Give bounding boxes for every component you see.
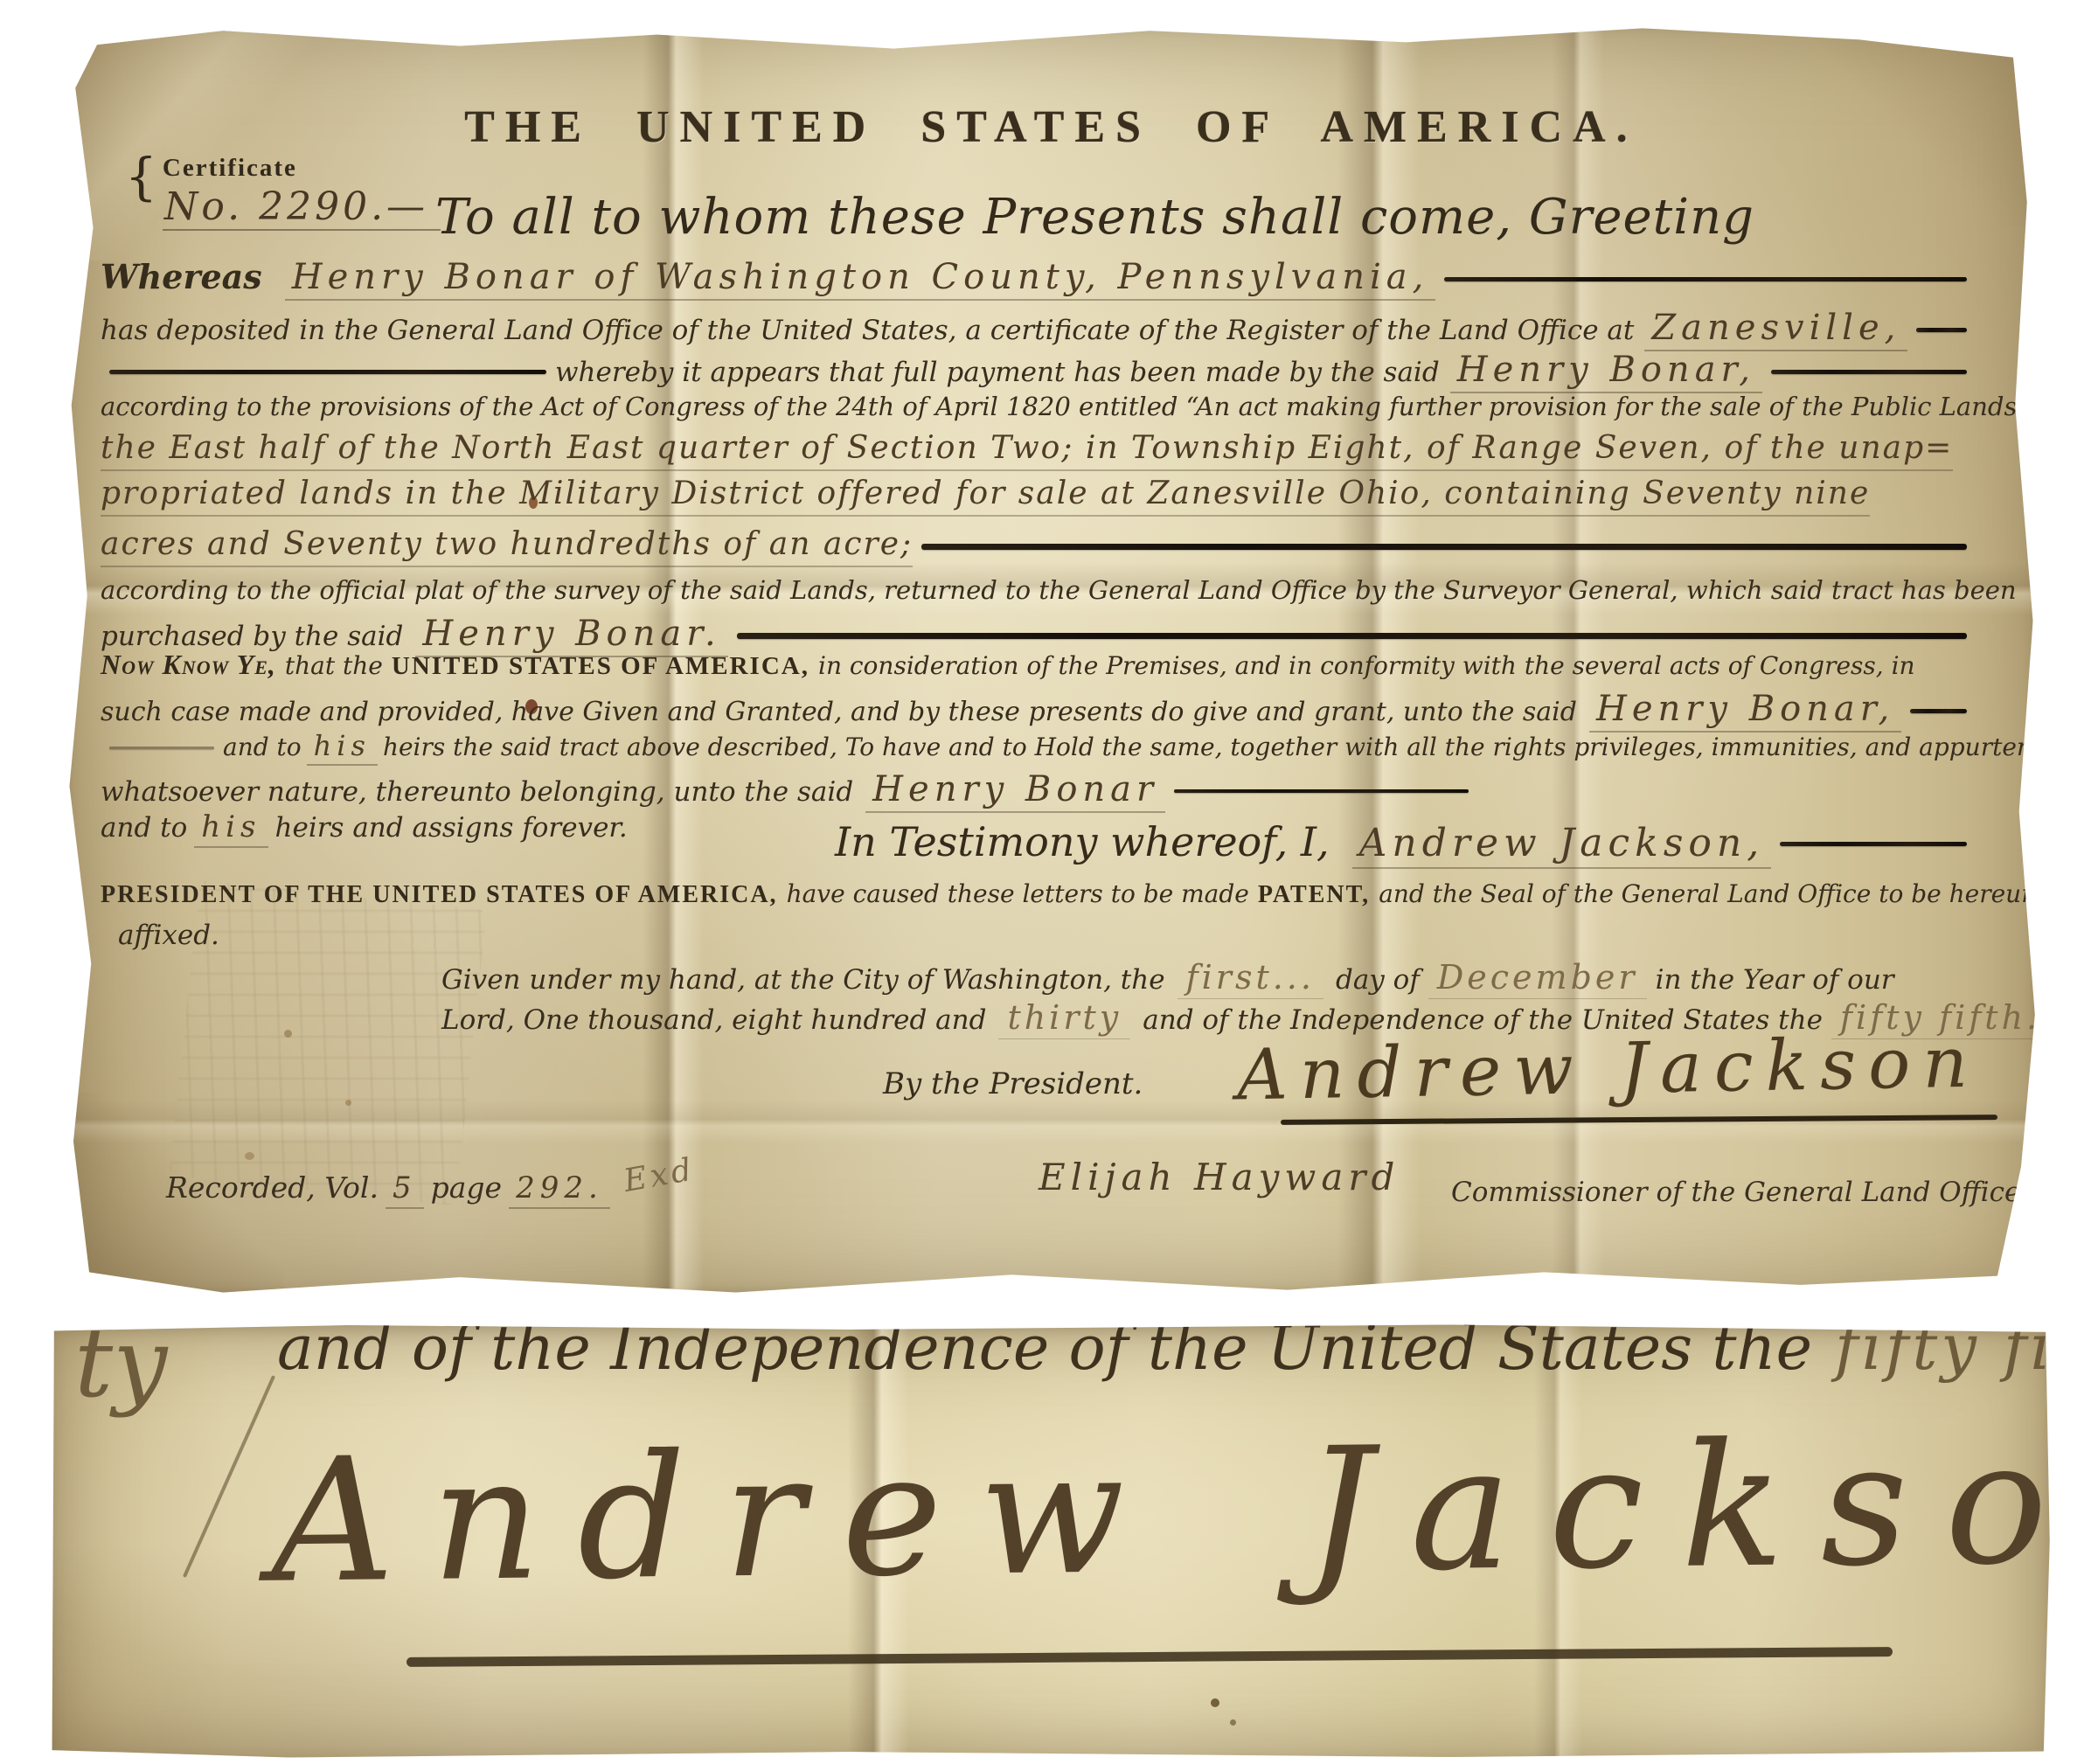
printed-text: PATENT, (1258, 881, 1370, 909)
line-whatsoever: whatsoever nature, thereunto belonging, … (101, 769, 1477, 813)
ink-fill-line (1771, 370, 1967, 374)
signature-closeup-panel: ty and of the Independence of the United… (48, 1324, 2052, 1758)
line-by-president: By the President. (883, 1066, 1143, 1101)
printed-text: Recorded, Vol. (166, 1170, 379, 1205)
printed-text: By the President. (883, 1066, 1143, 1101)
handwritten-his: his (307, 729, 378, 766)
handwritten-president-name: Andrew Jackson, (1352, 821, 1772, 869)
printed-text: Commissioner of the General Land Office (1451, 1177, 2020, 1208)
printed-text: Lord, One thousand, eight hundred and (441, 1004, 986, 1036)
ink-speck (1230, 1719, 1236, 1726)
printed-text: according to the provisions of the Act o… (101, 392, 2037, 421)
handwritten-exd-mark: Exd (612, 1150, 706, 1203)
handwritten-tract: acres and Seventy two hundredths of an a… (101, 526, 913, 567)
line-now-know-ye: Now Know Ye, that the UNITED STATES OF A… (101, 649, 2002, 681)
printed-text: Now Know Ye, (101, 649, 276, 681)
document-title: THE UNITED STATES OF AMERICA. (66, 101, 2037, 153)
printed-text: UNITED STATES OF AMERICA, (392, 652, 809, 681)
ink-fill-line (737, 633, 1967, 639)
handwritten-grantee: Henry Bonar, (1589, 689, 1901, 733)
printed-text: and to (223, 733, 302, 761)
printed-text: PRESIDENT OF THE UNITED STATES OF AMERIC… (101, 881, 778, 909)
ink-speck (1211, 1698, 1219, 1707)
line-heirs-forever: and to his heirs and assigns forever. (101, 809, 628, 848)
line-tract-3: acres and Seventy two hundredths of an a… (101, 526, 1976, 567)
printed-text: in consideration of the Premises, and in… (818, 651, 1915, 680)
line-commissioner: Commissioner of the General Land Office (1451, 1177, 2020, 1208)
line-tract-2: propriated lands in the Military Distric… (101, 476, 2002, 517)
printed-text: and of the Independence of the United St… (277, 1324, 1812, 1384)
handwritten-tract: propriated lands in the Military Distric… (101, 476, 1870, 517)
ink-fill-line (1174, 789, 1469, 793)
printed-text: page (431, 1170, 502, 1205)
pen-flourish-stroke (183, 1375, 275, 1578)
ink-fill-line (109, 370, 546, 374)
printed-text: in the Year of our (1656, 964, 1894, 996)
printed-text: and the Seal of the General Land Office … (1379, 879, 2037, 908)
handwritten-year: thirty (998, 998, 1130, 1039)
ink-fill-line (921, 544, 1967, 550)
certificate-label: Certificate (163, 154, 441, 183)
ruled-line (109, 747, 214, 749)
signature-underline (406, 1647, 1893, 1667)
land-patent-document: THE UNITED STATES OF AMERICA. { Certific… (66, 24, 2037, 1294)
handwritten-grantee: Henry Bonar (865, 769, 1165, 813)
handwritten-his: his (194, 809, 267, 848)
line-president: PRESIDENT OF THE UNITED STATES OF AMERIC… (101, 879, 2002, 909)
ink-fill-line (1910, 709, 1967, 713)
ink-fill-line (1916, 328, 1967, 332)
printed-text: day of (1336, 964, 1420, 996)
line-deposited: has deposited in the General Land Office… (101, 308, 1976, 351)
handwritten-page-number: 292. (509, 1170, 610, 1209)
printed-text: purchased by the said (101, 621, 403, 652)
line-recorded: Recorded, Vol. 5 page 292. Exd (166, 1170, 705, 1209)
line-whereas: Whereas Henry Bonar of Washington County… (101, 257, 1976, 301)
printed-text: that the (285, 651, 383, 680)
line-plat: according to the official plat of the su… (101, 575, 2002, 605)
handwritten-independence-year: fifty fifth. (1835, 1324, 2052, 1384)
jackson-signature: Andrew Jackson (1236, 1022, 1980, 1116)
handwritten-volume: 5 (386, 1170, 424, 1209)
signature-underline (1281, 1115, 1997, 1125)
printed-text: In Testimony whereof, I, (835, 818, 1330, 865)
line-payment: whereby it appears that full payment has… (101, 350, 1976, 393)
hayward-signature: Elijah Hayward (1032, 1156, 1407, 1200)
handwritten-day: first... (1178, 958, 1323, 999)
printed-text: according to the official plat of the su… (101, 575, 2017, 605)
line-testimony: In Testimony whereof, I, Andrew Jackson, (835, 818, 1976, 869)
handwritten-grantee: Henry Bonar of Washington County, Pennsy… (285, 257, 1436, 301)
ink-fill-line (1444, 277, 1967, 281)
line-affixed: affixed. (118, 920, 219, 951)
jackson-signature-magnified: Andrew Jackson (270, 1401, 2052, 1620)
printed-text: has deposited in the General Land Office… (101, 315, 1634, 346)
scanned-document-page: THE UNITED STATES OF AMERICA. { Certific… (0, 0, 2098, 1764)
printed-text: have caused these letters to be made (787, 879, 1249, 908)
printed-text: whatsoever nature, thereunto belonging, … (101, 776, 853, 808)
handwritten-land-office: Zanesville, (1644, 308, 1907, 351)
printed-text: Given under my hand, at the City of Wash… (441, 964, 1165, 996)
ink-fill-line (1780, 842, 1967, 846)
line-countersign: Elijah Hayward (1032, 1156, 1407, 1200)
line-tract-1: the East half of the North East quarter … (101, 430, 2002, 471)
certificate-brace: { (125, 154, 157, 199)
handwritten-month: December (1428, 958, 1647, 999)
handwritten-payer: Henry Bonar, (1450, 350, 1762, 393)
printed-text: heirs the said tract above described, To… (383, 733, 2037, 761)
closeup-text-line: and of the Independence of the United St… (277, 1324, 2052, 1384)
handwriting-fragment: ty (74, 1324, 167, 1419)
line-given: Given under my hand, at the City of Wash… (441, 958, 1976, 999)
printed-text: and to (101, 812, 187, 844)
handwritten-tract: the East half of the North East quarter … (101, 430, 1953, 471)
printed-text: such case made and provided, have Given … (101, 697, 1577, 727)
printed-text: whereby it appears that full payment has… (555, 357, 1440, 388)
line-act: according to the provisions of the Act o… (101, 392, 2002, 421)
line-such-case: such case made and provided, have Given … (101, 689, 1976, 733)
printed-text: heirs and assigns forever. (275, 812, 628, 844)
line-heirs-tract: and to his heirs the said tract above de… (101, 729, 2002, 766)
printed-text: affixed. (118, 920, 219, 951)
printed-text: Whereas (101, 257, 262, 296)
greeting-line: To all to whom these Presents shall come… (293, 189, 1897, 246)
